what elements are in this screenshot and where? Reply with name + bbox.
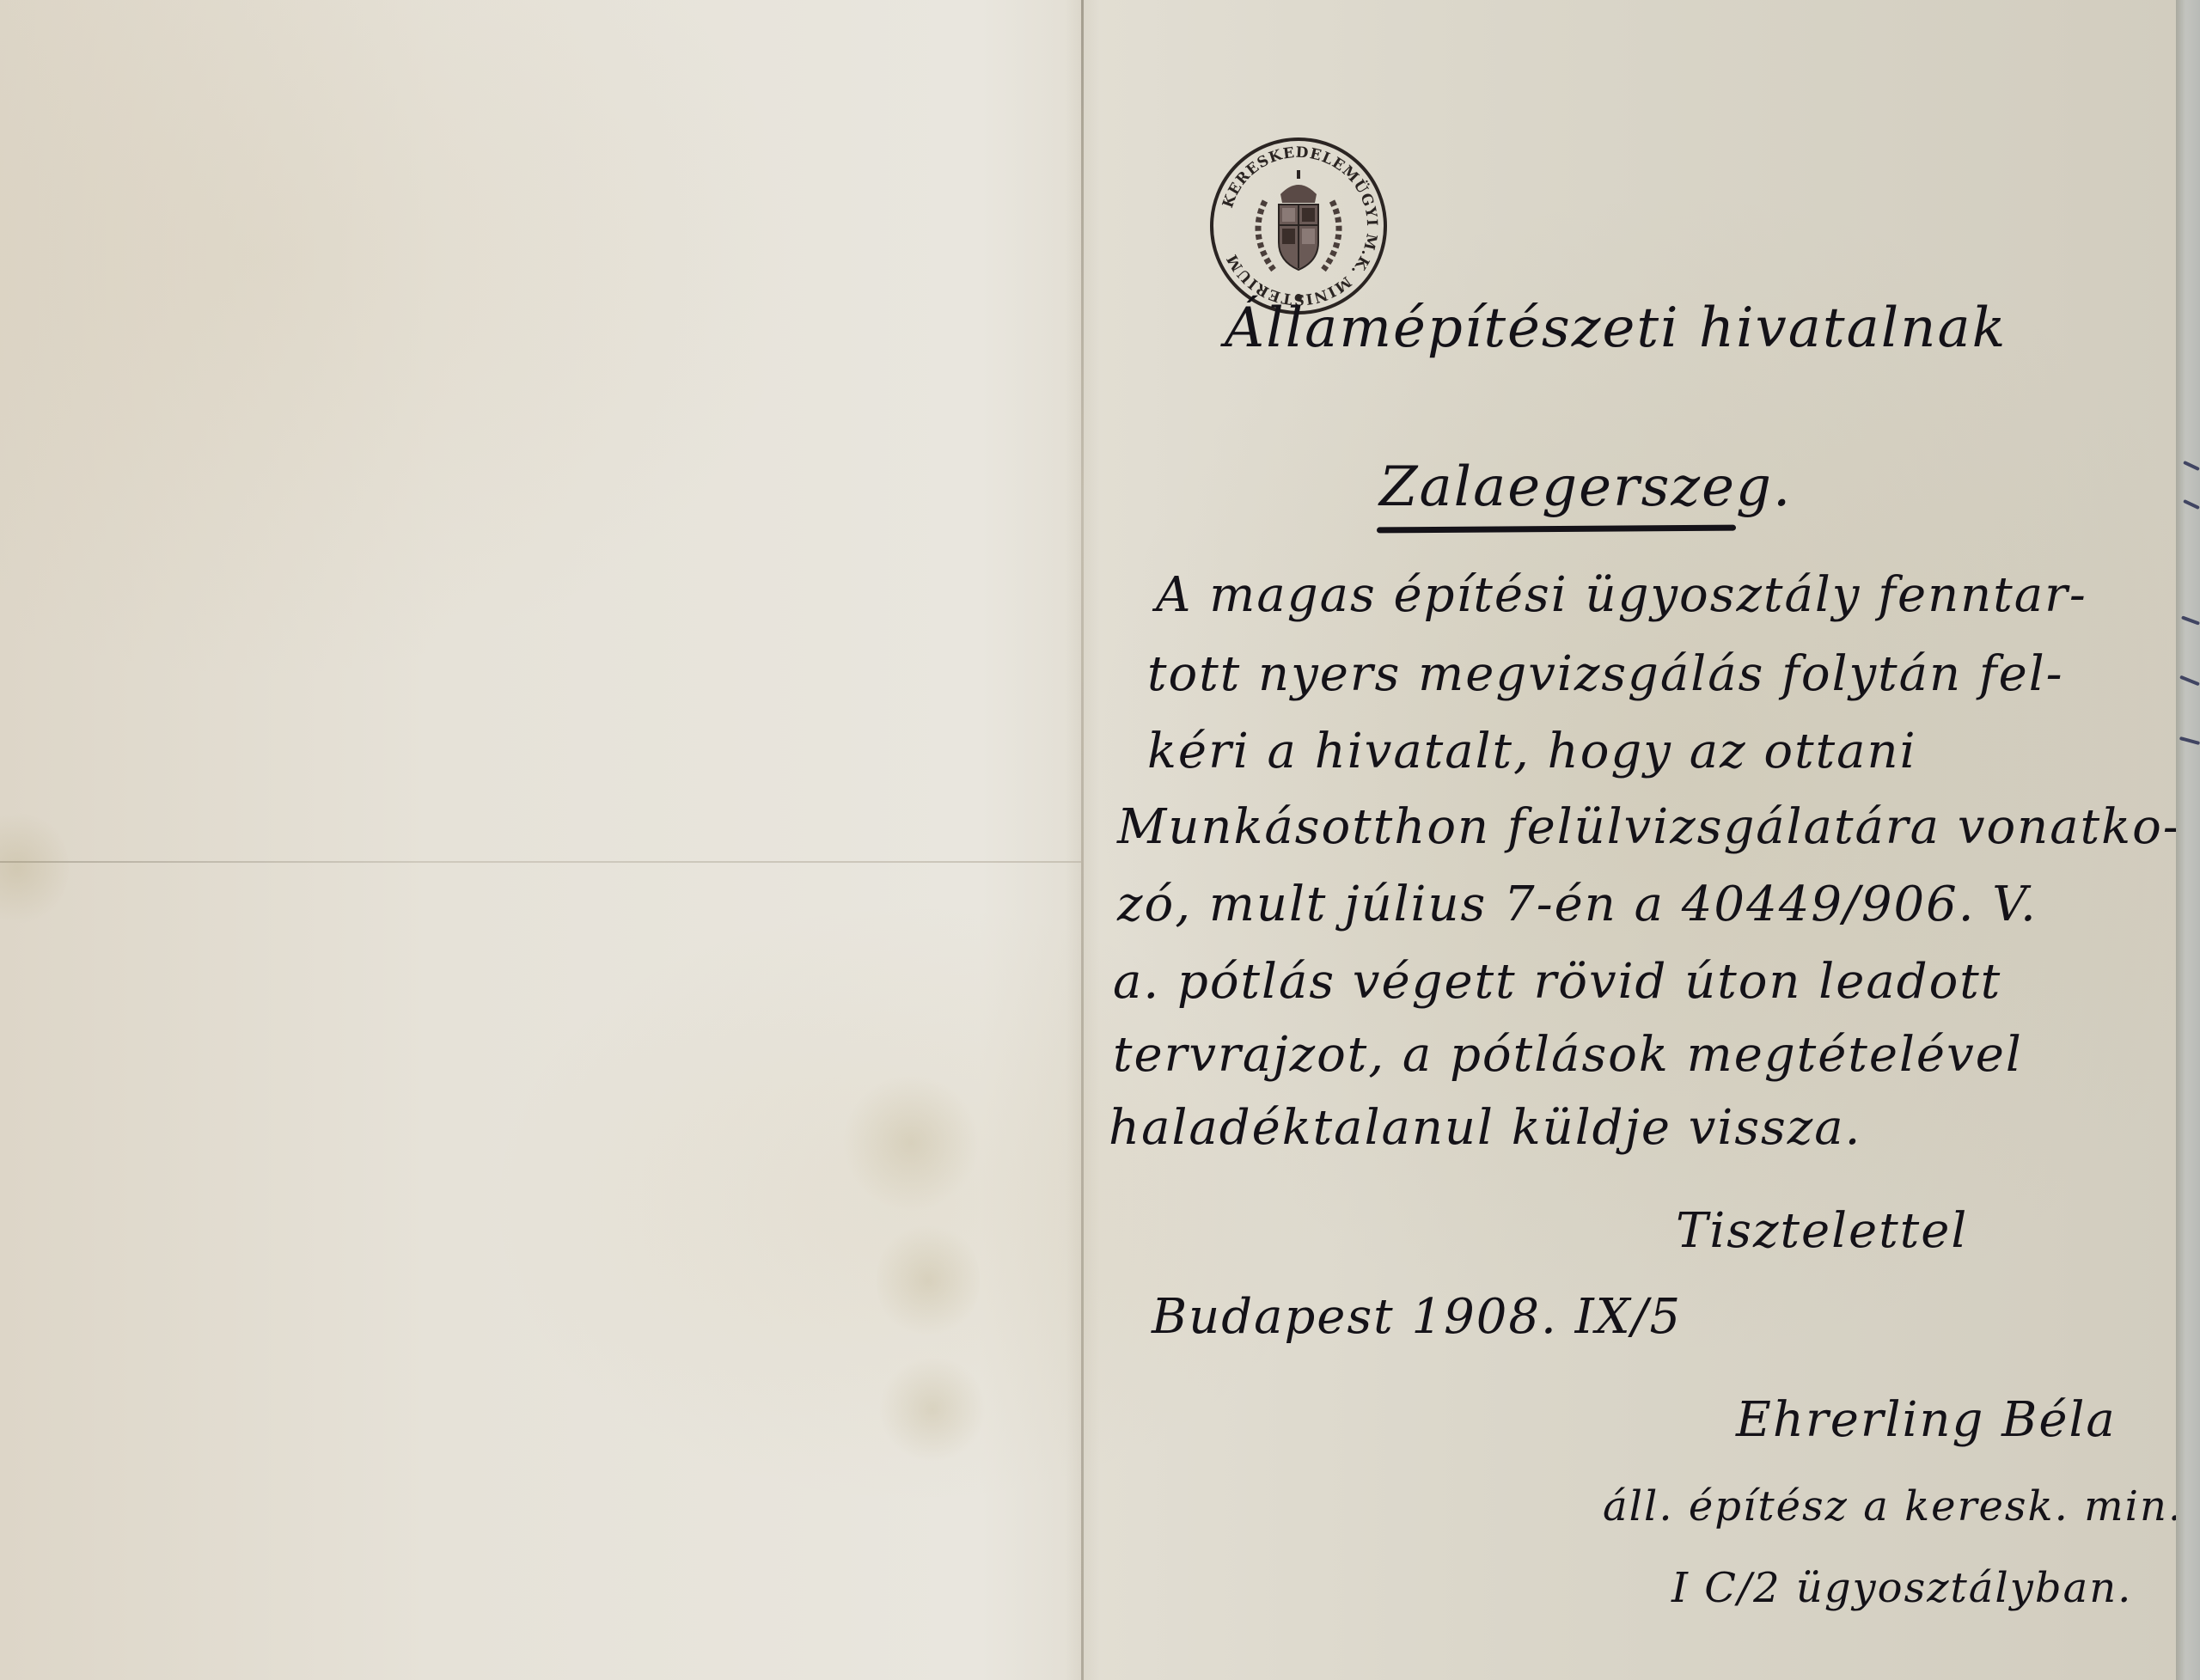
place-date: Budapest 1908. IX/5	[1152, 1289, 1682, 1345]
age-stain	[877, 1220, 980, 1341]
age-stain	[0, 808, 69, 928]
age-stain	[842, 1074, 980, 1212]
body-line: kéri a hivatalt, hogy az ottani	[1147, 724, 1917, 779]
body-line: tervrajzot, a pótlások megtételével	[1113, 1027, 2023, 1083]
body-line: Munkásotthon felülvizsgálatára vonatko-	[1117, 799, 2181, 855]
closing-line: Tisztelettel	[1676, 1203, 1968, 1259]
body-line: a. pótlás végett rövid úton leadott	[1113, 954, 2001, 1010]
location-line: Zalaegerszeg.	[1379, 455, 1792, 519]
age-stain	[877, 1358, 988, 1461]
letter-sheet: KERESKEDELEMÜGYI M.K. MINISTERIUM Államé…	[0, 0, 2176, 1680]
body-line: A magas építési ügyosztály fenntar-	[1156, 567, 2087, 623]
signature-department: I C/2 ügyosztályban.	[1671, 1564, 2132, 1612]
body-line: zó, mult július 7-én a 40449/906. V.	[1117, 877, 2038, 932]
signature-title: áll. építész a keresk. min.	[1603, 1482, 2183, 1530]
body-line: tott nyers megvizsgálás folytán fel-	[1147, 646, 2064, 702]
location-underline	[1377, 525, 1736, 534]
ministry-stamp: KERESKEDELEMÜGYI M.K. MINISTERIUM	[1210, 137, 1387, 315]
background-edge	[2176, 0, 2200, 1680]
coat-of-arms-icon: KERESKEDELEMÜGYI M.K. MINISTERIUM	[1213, 141, 1384, 311]
recipient-line: Államépítészeti hivatalnak	[1225, 296, 2007, 360]
horizontal-fold-left-page	[0, 861, 1081, 863]
signature-name: Ehrerling Béla	[1736, 1392, 2117, 1448]
center-fold	[1081, 0, 1084, 1680]
body-line: haladéktalanul küldje vissza.	[1109, 1100, 1861, 1156]
